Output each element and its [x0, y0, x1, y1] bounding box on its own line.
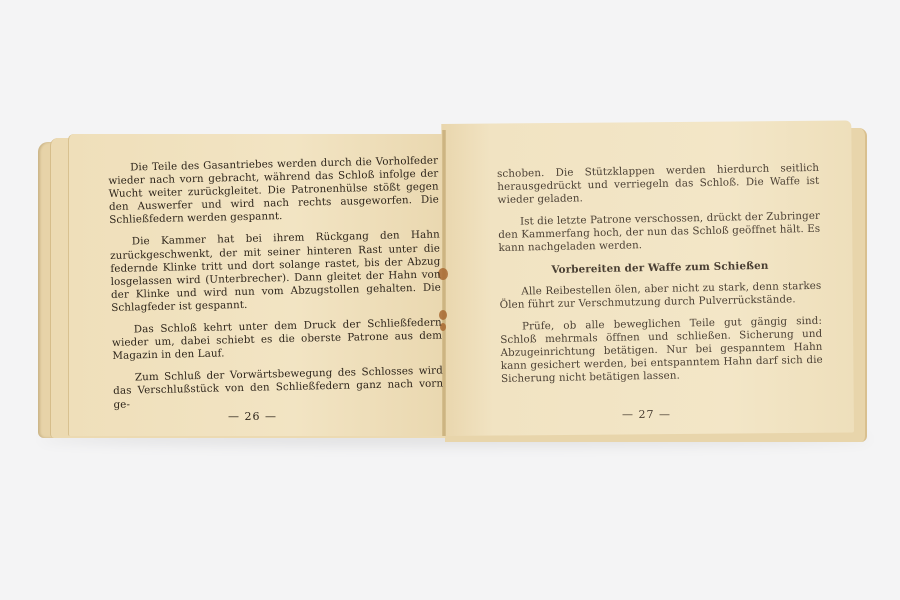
open-booklet: Die Teile des Gasantriebes werden durch … [0, 0, 900, 600]
paragraph-continuation: schoben. Die Stützklappen werden hierdur… [497, 162, 820, 207]
left-page-text: Die Teile des Gasantriebes werden durch … [108, 155, 444, 421]
paragraph: Alle Reibestellen ölen, aber nicht zu st… [499, 279, 821, 311]
paragraph: Prüfe, ob alle beweglichen Teile gut gän… [500, 315, 823, 387]
paragraph: Die Kammer hat bei ihrem Rückgang den Ha… [110, 229, 442, 315]
right-page-text: schoben. Die Stützklappen werden hierdur… [497, 162, 823, 395]
paragraph: Ist die letzte Patrone verschossen, drüc… [498, 210, 821, 255]
section-heading: Vorbereiten der Waffe zum Schießen [499, 258, 821, 277]
paragraph: Die Teile des Gasantriebes werden durch … [108, 155, 439, 228]
paragraph: Das Schloß kehrt unter dem Druck der Sch… [112, 317, 443, 364]
page-number-left: — 26 — [228, 410, 277, 423]
page-number-right: — 27 — [622, 408, 671, 421]
paragraph: Zum Schluß der Vorwärtsbewegung des Schl… [113, 365, 444, 412]
